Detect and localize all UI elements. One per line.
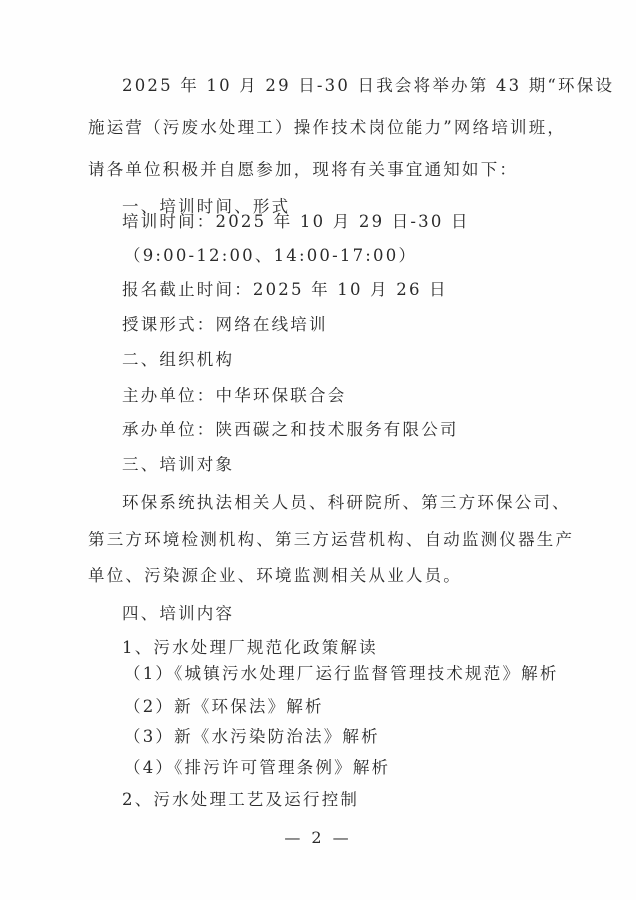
audience-line-2: 第三方环境检测机构、第三方运营机构、自动监测仪器生产 bbox=[88, 530, 574, 550]
training-hours: （9:00-12:00、14:00-17:00） bbox=[124, 246, 417, 266]
host-unit: 主办单位：中华环保联合会 bbox=[122, 386, 346, 406]
content-subitem-4: （4）《排污许可管理条例》解析 bbox=[124, 758, 390, 778]
document-page: 2025 年 10 月 29 日-30 日我会将举办第 43 期“环保设 施运营… bbox=[0, 0, 636, 900]
content-subitem-2: （2）新《环保法》解析 bbox=[124, 697, 324, 717]
section-4-heading: 四、培训内容 bbox=[122, 604, 234, 624]
page-number: — 2 — bbox=[0, 828, 636, 847]
section-2-heading: 二、组织机构 bbox=[122, 350, 234, 370]
content-subitem-1: （1）《城镇污水处理厂运行监督管理技术规范》解析 bbox=[124, 664, 559, 684]
organizer-unit: 承办单位：陕西碳之和技术服务有限公司 bbox=[122, 420, 459, 440]
intro-line-1: 2025 年 10 月 29 日-30 日我会将举办第 43 期“环保设 bbox=[122, 76, 614, 96]
content-item-2: 2、污水处理工艺及运行控制 bbox=[122, 790, 359, 810]
content-subitem-3: （3）新《水污染防治法》解析 bbox=[124, 727, 380, 747]
audience-line-1: 环保系统执法相关人员、科研院所、第三方环保公司、 bbox=[122, 493, 571, 513]
registration-deadline: 报名截止时间：2025 年 10 月 26 日 bbox=[122, 280, 448, 300]
intro-line-2: 施运营（污废水处理工）操作技术岗位能力”网络培训班， bbox=[88, 118, 566, 138]
training-format: 授课形式：网络在线培训 bbox=[122, 315, 328, 335]
training-time: 培训时间：2025 年 10 月 29 日-30 日 bbox=[122, 212, 470, 232]
audience-line-3: 单位、污染源企业、环境监测相关从业人员。 bbox=[88, 566, 462, 586]
section-3-heading: 三、培训对象 bbox=[122, 455, 234, 475]
content-item-1: 1、污水处理厂规范化政策解读 bbox=[122, 638, 378, 658]
intro-line-3: 请各单位积极并自愿参加，现将有关事宜通知如下： bbox=[88, 160, 518, 180]
